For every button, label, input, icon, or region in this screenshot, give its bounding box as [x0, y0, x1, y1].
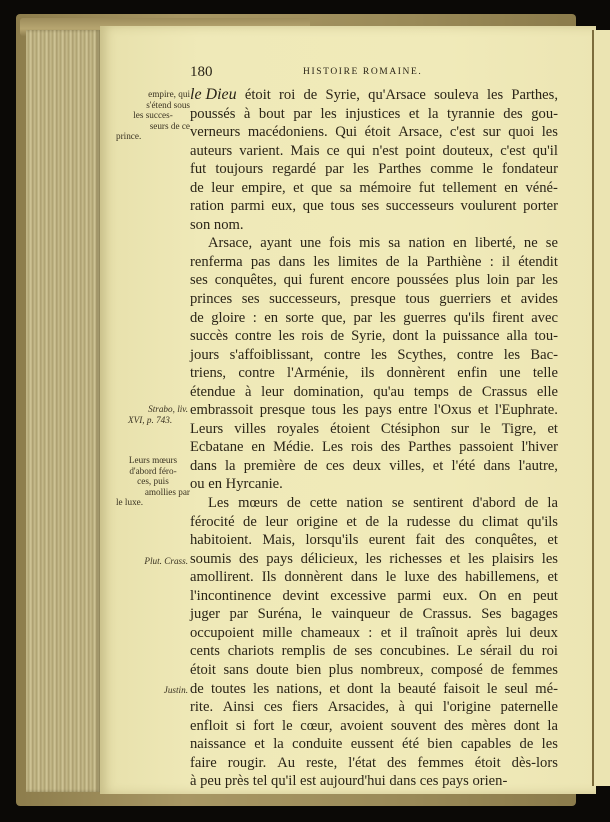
margin-note-line: le luxe. — [116, 497, 190, 508]
text-line: enfloitsifortlecœur,avoientsouventdesmèr… — [190, 717, 558, 736]
word: vainqueur — [331, 605, 389, 624]
word: elle — [537, 383, 558, 402]
word: une — [300, 234, 321, 253]
word: qu'Arsace — [368, 86, 426, 105]
word: les — [542, 735, 558, 754]
word: l'état — [348, 754, 376, 773]
word: de — [304, 457, 318, 476]
word: royales — [277, 420, 319, 439]
line-text: son nom. — [190, 216, 244, 235]
word: de — [330, 327, 344, 346]
word: les — [504, 346, 520, 365]
word: liberté, — [475, 234, 516, 253]
text-line: rite.AinsicesfiersArsacides,àquil'origin… — [190, 698, 558, 717]
text-line: ou en Hyrcanie. — [190, 475, 558, 494]
word: dans — [278, 253, 305, 272]
word: et — [547, 420, 558, 439]
word: sa — [340, 179, 352, 198]
word: c'est — [500, 142, 525, 161]
word: fondateur — [502, 160, 558, 179]
word: et — [547, 531, 558, 550]
word: sans — [223, 661, 248, 680]
word: les — [320, 105, 336, 124]
text-line: naissanceetlaconduiteeussentétébiencapab… — [190, 735, 558, 754]
running-head: HISTOIRE ROMAINE. — [303, 67, 422, 77]
word: triens, — [190, 364, 226, 383]
word: parmi — [397, 587, 431, 606]
word: la — [225, 457, 236, 476]
word: Parthes — [378, 160, 421, 179]
word: bout — [259, 105, 285, 124]
word: chariots — [228, 642, 274, 661]
word: été — [402, 735, 419, 754]
word: tou- — [534, 327, 558, 346]
word: de — [190, 309, 204, 328]
word: habillemens, — [465, 568, 539, 587]
word: luxe — [404, 568, 429, 587]
word: naissance — [190, 735, 246, 754]
word: Crassus. — [423, 605, 472, 624]
text-line: detouteslesnations,etdontlabeautéfaisoit… — [190, 680, 558, 699]
word: roi — [279, 86, 295, 105]
facing-page-edge — [592, 30, 610, 786]
word: princes — [190, 290, 232, 309]
word: excessive — [330, 587, 386, 606]
word: il — [502, 253, 510, 272]
margin-note-line: Plut. Crass. — [114, 556, 188, 567]
word: empire, — [241, 179, 285, 198]
word: embrassoit — [190, 401, 253, 420]
word: bien — [296, 661, 321, 680]
word: l'origine — [443, 698, 491, 717]
word: climat — [482, 513, 518, 532]
word: varient. — [239, 142, 283, 161]
word: se — [392, 494, 404, 513]
word: souvent — [391, 717, 436, 736]
word: plaisirs — [492, 550, 534, 569]
word: ses — [190, 271, 208, 290]
text-line: EcbataneenMédie.LesroisdesParthespassoie… — [190, 438, 558, 457]
word: gou- — [531, 105, 558, 124]
word: étoit — [475, 754, 501, 773]
word: les — [542, 271, 558, 290]
word: avides — [521, 290, 558, 309]
word: dans — [483, 457, 510, 476]
word: des — [438, 568, 457, 587]
word: cette — [310, 494, 338, 513]
word: reste, — [306, 754, 337, 773]
word: pas — [251, 253, 270, 272]
word: Syrie, — [325, 86, 359, 105]
word: après — [467, 624, 498, 643]
word: ces — [326, 457, 345, 476]
word: tous — [312, 401, 336, 420]
word: l'incontinence — [190, 587, 271, 606]
word: pays — [266, 550, 293, 569]
word: les — [342, 401, 358, 420]
word: et — [547, 568, 558, 587]
word: le — [487, 680, 498, 699]
word: contre — [238, 364, 274, 383]
word: Les — [322, 438, 343, 457]
word: faisoit — [443, 680, 479, 699]
word: rois — [351, 438, 373, 457]
word: cœur, — [300, 717, 332, 736]
text-line: fairerougir.Aureste,l'étatdesfemmesétoit… — [190, 754, 558, 773]
word: en — [251, 438, 265, 457]
word: les — [380, 309, 396, 328]
word: qu'au — [373, 383, 404, 402]
word: et — [346, 513, 357, 532]
word: conduite — [292, 735, 342, 754]
word: presque — [350, 290, 395, 309]
text-line: rationparmieux,quetoussessuccesseursvoul… — [190, 197, 558, 216]
text-line: danslapremièredecesdeuxvilles,etl'étédan… — [190, 457, 558, 476]
word: de — [190, 179, 204, 198]
word: mis — [359, 234, 380, 253]
text-line: jourss'affoiblissant,contrelesScythes,co… — [190, 346, 558, 365]
word: ses — [361, 197, 379, 216]
word: les — [253, 680, 269, 699]
word: voulurent — [461, 197, 517, 216]
word: étendue — [190, 383, 235, 402]
word: doute — [256, 661, 288, 680]
italic-text: le Dieu — [190, 86, 237, 105]
word: nombreux, — [361, 661, 424, 680]
word: Ils — [262, 568, 277, 587]
word: de — [386, 253, 400, 272]
word: succès — [190, 327, 228, 346]
text-line: étoitsansdoutebienplusnombreux,composéde… — [190, 661, 558, 680]
page-edges-stack — [26, 30, 100, 792]
word: bien — [427, 735, 452, 754]
word: contre — [235, 327, 271, 346]
text-line: sesconquêtes,quifurentencorepousséesplus… — [190, 271, 558, 290]
word: richesses — [389, 550, 442, 569]
word: passoient — [459, 438, 513, 457]
word: et — [501, 290, 512, 309]
word: et — [433, 457, 444, 476]
word: et — [478, 401, 489, 420]
word: mille — [262, 624, 292, 643]
word: en — [453, 234, 467, 253]
word: presque — [260, 401, 305, 420]
margin-note-empire: empire, qui s'étend sous les succes- seu… — [116, 89, 190, 142]
word: de — [287, 494, 301, 513]
word: devint — [283, 587, 319, 606]
word: traînoit — [416, 624, 458, 643]
word: fut — [419, 179, 435, 198]
word: parmi — [231, 197, 265, 216]
page-header: 180 HISTOIRE ROMAINE. — [190, 67, 558, 83]
word: domination, — [294, 383, 364, 402]
word: entre — [398, 401, 427, 420]
text-line: Arsace,ayantunefoismissanationenliberté,… — [190, 234, 558, 253]
text-line: LeursvillesroyalesétoientCtésiphonsurleT… — [190, 420, 558, 439]
word: successeurs — [386, 197, 454, 216]
word: capables — [461, 735, 511, 754]
word: des — [445, 531, 464, 550]
text-line: occupoientmillechameaux:etiltraînoitaprè… — [190, 624, 558, 643]
word: ses — [355, 642, 373, 661]
word: dont — [514, 717, 540, 736]
word: concubines. — [380, 642, 449, 661]
word: des — [387, 754, 406, 773]
word: par — [293, 105, 312, 124]
word: origine — [297, 513, 338, 532]
word: qu'ils — [527, 513, 558, 532]
word: dans — [190, 457, 217, 476]
word: Qui — [335, 123, 357, 142]
margin-note-line: XVI, p. 743. — [114, 415, 188, 426]
word: une — [500, 364, 521, 383]
word: sa — [388, 234, 400, 253]
word: macédoniens. — [248, 123, 328, 142]
word: conquêtes, — [475, 531, 537, 550]
text-line: centschariotsremplisdesesconcubines.Lesé… — [190, 642, 558, 661]
margin-note-strabo: Strabo, liv. XVI, p. 743. — [114, 404, 188, 425]
word: telle — [533, 364, 558, 383]
word: les — [542, 550, 558, 569]
word: étoit — [190, 661, 216, 680]
word: avec — [531, 309, 558, 328]
word: plus — [329, 661, 353, 680]
margin-note-line: ces, puis — [116, 476, 190, 487]
word: sorte — [285, 309, 313, 328]
word: conquêtes, — [215, 271, 277, 290]
word: avoient — [340, 717, 383, 736]
word: occupoient — [190, 624, 254, 643]
word: des — [444, 717, 463, 736]
word: la — [273, 735, 284, 754]
word: villes, — [389, 457, 424, 476]
word: Au — [277, 754, 295, 773]
word: de — [333, 642, 347, 661]
word: tyrannie — [447, 105, 495, 124]
word: Ctésiphon — [381, 420, 440, 439]
word: Scythes, — [397, 346, 446, 365]
word: à — [245, 383, 251, 402]
text-line: degloire:ensorteque,parlesguerresqu'ilsf… — [190, 309, 558, 328]
word: qui — [284, 271, 303, 290]
word: Mais — [290, 142, 319, 161]
word: jours — [190, 346, 219, 365]
word: n'est — [372, 142, 398, 161]
word: l'Arménie, — [287, 364, 348, 383]
word: injustices — [345, 105, 400, 124]
word: donnèrent — [387, 364, 445, 383]
word: villes — [234, 420, 266, 439]
word: Arsacides, — [328, 698, 389, 717]
word: auteurs — [190, 142, 232, 161]
word: remplis — [282, 642, 326, 661]
word: composé — [431, 661, 483, 680]
word: Parthes — [408, 438, 451, 457]
word: par — [325, 160, 344, 179]
word: deux — [530, 624, 558, 643]
word: d'abord — [472, 494, 515, 513]
word: que, — [321, 309, 346, 328]
word: du — [459, 513, 474, 532]
word: successeurs, — [269, 290, 341, 309]
word: le — [482, 160, 493, 179]
word: faire — [190, 754, 217, 773]
word: Syrie, — [351, 327, 385, 346]
word: Crassus — [482, 383, 527, 402]
margin-note-line: amollies par — [116, 487, 190, 498]
text-line: Lesmœursdecettenationsesentirentd'abordd… — [190, 494, 558, 513]
text-line: succèscontrelesroisdeSyrie,dontlapuissan… — [190, 327, 558, 346]
word: de — [520, 735, 534, 754]
margin-note-line: seurs de ce — [116, 121, 190, 132]
word: regardé — [272, 160, 316, 179]
word: eussent — [351, 735, 394, 754]
word: les — [371, 346, 387, 365]
word: l'Oxus — [434, 401, 472, 420]
word: : — [368, 624, 372, 643]
word: paternelle — [500, 698, 558, 717]
word: et — [293, 179, 304, 198]
word: par — [230, 605, 249, 624]
line-text: ou en Hyrcanie. — [190, 475, 283, 494]
text-line: habitoient.Mais,lorsqu'ilseurentfaitdesc… — [190, 531, 558, 550]
page-number: 180 — [190, 64, 213, 81]
word: délicieux, — [301, 550, 358, 569]
word: poussés — [190, 105, 235, 124]
word: de — [365, 513, 379, 532]
word: et — [409, 105, 420, 124]
margin-note-line: d'abord féro- — [116, 466, 190, 477]
word: tellement — [442, 179, 496, 198]
word: eux, — [271, 197, 296, 216]
word: femmes — [512, 661, 558, 680]
word: sérail — [480, 642, 512, 661]
word: la — [425, 327, 436, 346]
word: et — [381, 624, 392, 643]
word: de — [525, 494, 539, 513]
word: rois — [302, 327, 324, 346]
word: fut — [190, 160, 206, 179]
word: ils — [361, 364, 375, 383]
text-line: l'incontinencedevintexcessiveparmieux.On… — [190, 587, 558, 606]
text-line: princessessuccesseurs,presquetousguerrie… — [190, 290, 558, 309]
word: donnèrent — [284, 568, 342, 587]
word: que — [303, 197, 324, 216]
word: dans — [351, 568, 378, 587]
word: les — [468, 550, 484, 569]
word: Médie. — [273, 438, 314, 457]
word: dont — [347, 680, 373, 699]
word: si — [236, 717, 246, 736]
word: le — [480, 420, 491, 439]
word: Parthiène — [426, 253, 481, 272]
word: à — [244, 105, 250, 124]
word: sur — [483, 123, 501, 142]
word: la — [428, 105, 439, 124]
word: s'affoiblissant, — [230, 346, 314, 365]
margin-note-moeurs: Leurs mœurs d'abord féro- ces, puis amol… — [116, 455, 190, 508]
text-line: son nom. — [190, 216, 558, 235]
word: la — [380, 680, 391, 699]
word: tous — [330, 197, 354, 216]
word: enfloit — [190, 717, 228, 736]
word: Le — [457, 642, 472, 661]
word: fiers — [292, 698, 318, 717]
word: la — [388, 513, 399, 532]
word: puissance — [443, 327, 500, 346]
word: bagages — [511, 605, 558, 624]
word: amollirent. — [190, 568, 254, 587]
margin-note-line: les succes- — [116, 110, 190, 121]
word: Arsace, — [208, 234, 252, 253]
word: leur — [261, 383, 284, 402]
word: juger — [190, 605, 220, 624]
word: poussées — [397, 271, 449, 290]
word: dont — [392, 327, 418, 346]
word: des — [239, 550, 258, 569]
word: en — [508, 587, 522, 606]
word: de — [458, 383, 472, 402]
margin-note-justin: Justin. — [114, 685, 188, 696]
word: lui — [506, 624, 521, 643]
word: mères — [471, 717, 506, 736]
word: des — [503, 105, 522, 124]
margin-note-plutarch: Plut. Crass. — [114, 556, 188, 567]
word: les — [487, 86, 503, 105]
word: guerriers — [439, 290, 491, 309]
word: Ainsi — [223, 698, 255, 717]
margin-note-line: Strabo, liv. — [114, 404, 188, 415]
word: première — [244, 457, 296, 476]
word: femmes — [418, 754, 464, 773]
word: rudesse — [407, 513, 451, 532]
word: : — [253, 309, 257, 328]
word: soumis — [190, 550, 231, 569]
word: habitoient. — [190, 531, 252, 550]
word: ration — [190, 197, 224, 216]
text-line: poussésàboutparlesinjusticesetlatyrannie… — [190, 105, 558, 124]
word: enfin — [457, 364, 487, 383]
word: gloire — [211, 309, 245, 328]
word: deux — [353, 457, 381, 476]
word: beauté — [398, 680, 436, 699]
word: On — [479, 587, 497, 606]
word: guerres — [403, 309, 446, 328]
word: Les — [208, 494, 229, 513]
word: la — [547, 717, 558, 736]
word: de — [399, 605, 413, 624]
word: limites — [338, 253, 378, 272]
word: renferma — [190, 253, 243, 272]
word: et — [254, 735, 265, 754]
word: sur — [451, 420, 469, 439]
word: leur — [265, 513, 288, 532]
word: c'est — [450, 123, 475, 142]
word: l'Euphrate. — [495, 401, 558, 420]
text-line: à peu près tel qu'il est aujourd'hui dan… — [190, 772, 558, 791]
margin-note-line: prince. — [116, 131, 190, 142]
word: porter — [523, 197, 558, 216]
word: la — [547, 494, 558, 513]
word: chameaux — [301, 624, 360, 643]
word: mémoire — [359, 179, 411, 198]
word: la — [408, 253, 419, 272]
word: Arsace, — [398, 123, 442, 142]
word: verneurs — [190, 123, 240, 142]
word: étoit — [365, 123, 391, 142]
word: véné- — [525, 179, 557, 198]
word: les — [278, 327, 294, 346]
